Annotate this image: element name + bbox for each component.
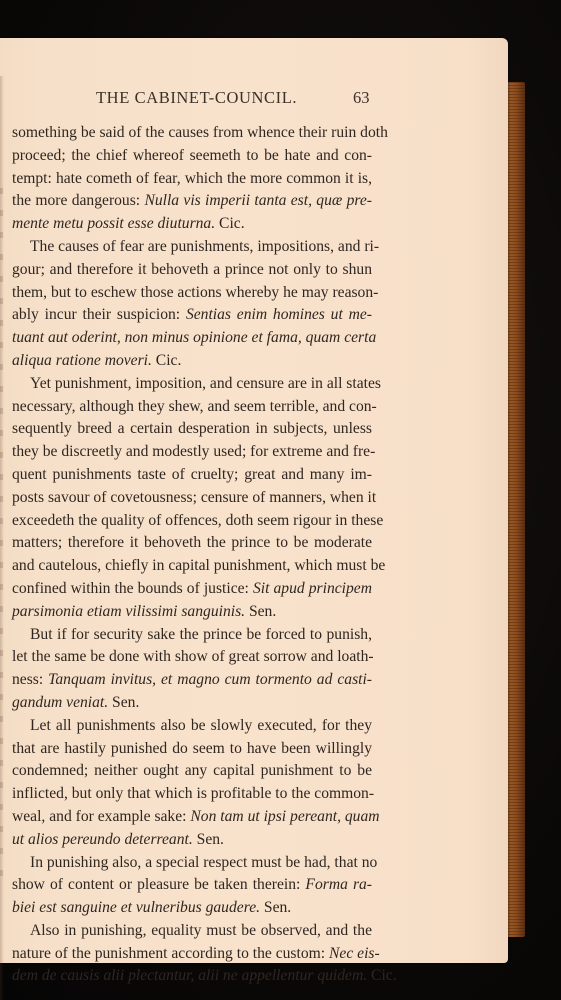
margin-marks <box>0 188 3 888</box>
text-line: quent punishments taste of cruelty; grea… <box>12 464 372 487</box>
text-segment: Yet punishment, imposition, and censure … <box>30 375 381 392</box>
text-segment: The causes of fear are punishments, impo… <box>30 238 379 255</box>
latin-quotation: parsimonia etiam vilissimi sanguinis. <box>12 603 245 620</box>
text-segment: the more dangerous: <box>12 192 144 209</box>
text-segment: weal, and for example sake: <box>12 808 190 825</box>
text-line: Yet punishment, imposition, and censure … <box>12 373 372 396</box>
text-line: that are hastily punished do seem to hav… <box>12 738 372 761</box>
text-segment: In punishing also, a special respect mus… <box>30 854 377 871</box>
text-segment: matters; therefore it behoveth the princ… <box>12 534 372 551</box>
text-line: show of content or pleasure be taken the… <box>12 874 372 897</box>
text-line: Let all punishments also be slowly execu… <box>12 715 372 738</box>
text-segment: necessary, although they shew, and seem … <box>12 398 377 415</box>
text-segment: Sen. <box>245 603 276 620</box>
text-line: something be said of the causes from whe… <box>12 122 372 145</box>
text-line: dem de causis alii plectantur, alii ne a… <box>12 965 372 988</box>
text-line: posts savour of covetousness; censure of… <box>12 487 372 510</box>
text-line: weal, and for example sake: Non tam ut i… <box>12 806 372 829</box>
text-segment: Cic. <box>367 967 396 984</box>
text-segment: nature of the punishment according to th… <box>12 945 329 962</box>
text-segment: Sen. <box>193 831 224 848</box>
text-line: sequently breed a certain desperation in… <box>12 418 372 441</box>
latin-quotation: Forma ra- <box>305 876 372 893</box>
text-segment: Cic. <box>215 215 244 232</box>
text-segment: Sen. <box>108 694 139 711</box>
latin-quotation: mente metu possit esse diuturna. <box>12 215 215 232</box>
text-line: Also in punishing, equality must be obse… <box>12 920 372 943</box>
text-segment: let the same be done with show of great … <box>12 648 374 665</box>
latin-quotation: Tanquam invitus, et magno cum tormento a… <box>48 671 372 688</box>
latin-quotation: Non tam ut ipsi pereant, quam <box>190 808 379 825</box>
text-line: gandum veniat. Sen. <box>12 692 372 715</box>
text-line: nature of the punishment according to th… <box>12 943 372 966</box>
text-segment: proceed; the chief whereof seemeth to be… <box>12 147 372 164</box>
text-segment: quent punishments taste of cruelty; grea… <box>12 466 372 483</box>
text-line: ut alios pereundo deterreant. Sen. <box>12 829 372 852</box>
text-line: The causes of fear are punishments, impo… <box>12 236 372 259</box>
body-text: something be said of the causes from whe… <box>12 122 372 988</box>
text-line: inflicted, but only that which is profit… <box>12 783 372 806</box>
text-segment: tempt: hate cometh of fear, which the mo… <box>12 170 372 187</box>
latin-quotation: Sit apud principem <box>253 580 372 597</box>
text-line: proceed; the chief whereof seemeth to be… <box>12 145 372 168</box>
text-segment: Cic. <box>152 352 181 369</box>
page-number: 63 <box>353 88 370 108</box>
photo-scene: THE CABINET-COUNCIL. 63 something be sai… <box>0 0 561 1000</box>
text-line: let the same be done with show of great … <box>12 646 372 669</box>
latin-quotation: Sentias enim homines ut me- <box>186 306 372 323</box>
text-line: and cautelous, chiefly in capital punish… <box>12 555 372 578</box>
text-segment: condemned; neither ought any capital pun… <box>12 762 372 779</box>
text-line: matters; therefore it behoveth the princ… <box>12 532 372 555</box>
text-line: gour; and therefore it behoveth a prince… <box>12 259 372 282</box>
text-line: parsimonia etiam vilissimi sanguinis. Se… <box>12 601 372 624</box>
latin-quotation: gandum veniat. <box>12 694 108 711</box>
text-segment: them, but to eschew those actions whereb… <box>12 284 378 301</box>
text-segment: sequently breed a certain desperation in… <box>12 420 372 437</box>
text-segment: confined within the bounds of justice: <box>12 580 253 597</box>
latin-quotation: dem de causis alii plectantur, alii ne a… <box>12 967 367 984</box>
page-header: THE CABINET-COUNCIL. 63 <box>0 88 508 112</box>
text-segment: show of content or pleasure be taken the… <box>12 876 305 893</box>
text-line: exceedeth the quality of offences, doth … <box>12 510 372 533</box>
latin-quotation: Nec eis- <box>329 945 380 962</box>
text-line: condemned; neither ought any capital pun… <box>12 760 372 783</box>
text-line: ness: Tanquam invitus, et magno cum torm… <box>12 669 372 692</box>
latin-quotation: aliqua ratione moveri. <box>12 352 152 369</box>
text-line: tuant aut oderint, non minus opinione et… <box>12 327 372 350</box>
book-page: THE CABINET-COUNCIL. 63 something be sai… <box>0 38 508 963</box>
latin-quotation: ut alios pereundo deterreant. <box>12 831 193 848</box>
text-segment: ness: <box>12 671 48 688</box>
text-segment: But if for security sake the prince be f… <box>30 626 372 643</box>
text-segment: inflicted, but only that which is profit… <box>12 785 374 802</box>
text-line: them, but to eschew those actions whereb… <box>12 282 372 305</box>
text-line: the more dangerous: Nulla vis imperii ta… <box>12 190 372 213</box>
text-line: But if for security sake the prince be f… <box>12 624 372 647</box>
latin-quotation: tuant aut oderint, non minus opinione et… <box>12 329 376 346</box>
text-segment: Let all punishments also be slowly execu… <box>30 717 372 734</box>
text-line: biei est sanguine et vulneribus gaudere.… <box>12 897 372 920</box>
text-line: In punishing also, a special respect mus… <box>12 852 372 875</box>
text-segment: something be said of the causes from whe… <box>12 124 388 141</box>
text-segment: that are hastily punished do seem to hav… <box>12 740 372 757</box>
text-segment: they be discreetly and modestly used; fo… <box>12 443 375 460</box>
text-line: necessary, although they shew, and seem … <box>12 396 372 419</box>
text-line: confined within the bounds of justice: S… <box>12 578 372 601</box>
text-segment: posts savour of covetousness; censure of… <box>12 489 376 506</box>
text-segment: exceedeth the quality of offences, doth … <box>12 512 383 529</box>
latin-quotation: Nulla vis imperii tanta est, quæ pre- <box>144 192 372 209</box>
text-segment: ably incur their suspicion: <box>12 306 186 323</box>
text-segment: Also in punishing, equality must be obse… <box>30 922 372 939</box>
text-segment: and cautelous, chiefly in capital punish… <box>12 557 385 574</box>
text-line: ably incur their suspicion: Sentias enim… <box>12 304 372 327</box>
latin-quotation: biei est sanguine et vulneribus gaudere. <box>12 899 260 916</box>
text-line: tempt: hate cometh of fear, which the mo… <box>12 168 372 191</box>
text-line: aliqua ratione moveri. Cic. <box>12 350 372 373</box>
text-line: mente metu possit esse diuturna. Cic. <box>12 213 372 236</box>
running-title: THE CABINET-COUNCIL. <box>96 88 297 108</box>
text-line: they be discreetly and modestly used; fo… <box>12 441 372 464</box>
text-segment: gour; and therefore it behoveth a prince… <box>12 261 372 278</box>
text-segment: Sen. <box>260 899 291 916</box>
